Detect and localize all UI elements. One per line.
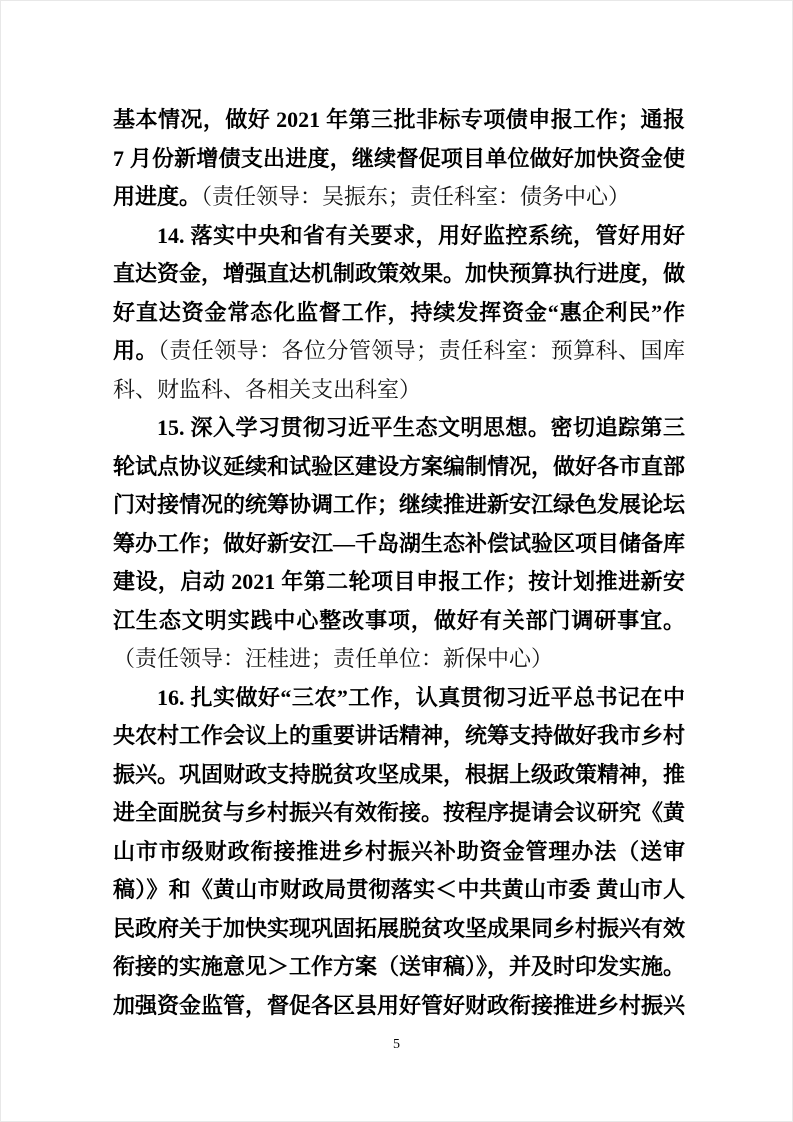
paragraph-continuation: 基本情况，做好 2021 年第三批非标专项债申报工作；通报 7 月份新增债支出进…: [113, 101, 685, 217]
paragraph-text: 15. 深入学习贯彻习近平生态文明思想。密切追踪第三轮试点协议延续和试验区建设方…: [113, 415, 685, 633]
document-body: 基本情况，做好 2021 年第三批非标专项债申报工作；通报 7 月份新增债支出进…: [113, 101, 685, 1025]
responsibility-note: （责任领导：各位分管领导；责任科室：预算科、国库科、财监科、各相关支出科室）: [113, 338, 685, 402]
paragraph-text: 16. 扎实做好“三农”工作，认真贯彻习近平总书记在中央农村工作会议上的重要讲话…: [113, 685, 685, 1018]
responsibility-note: （责任领导：吴振东；责任科室：债务中心）: [201, 184, 630, 209]
paragraph-item-15: 15. 深入学习贯彻习近平生态文明思想。密切追踪第三轮试点协议延续和试验区建设方…: [113, 409, 685, 679]
paragraph-item-14: 14. 落实中央和省有关要求，用好监控系统，管好用好直达资金，增强直达机制政策效…: [113, 217, 685, 410]
document-page: 基本情况，做好 2021 年第三批非标专项债申报工作；通报 7 月份新增债支出进…: [0, 0, 793, 1122]
responsibility-note: （责任领导：汪桂进；责任单位：新保中心）: [113, 646, 553, 671]
page-number: 5: [1, 1035, 792, 1055]
paragraph-item-16: 16. 扎实做好“三农”工作，认真贯彻习近平总书记在中央农村工作会议上的重要讲话…: [113, 679, 685, 1026]
